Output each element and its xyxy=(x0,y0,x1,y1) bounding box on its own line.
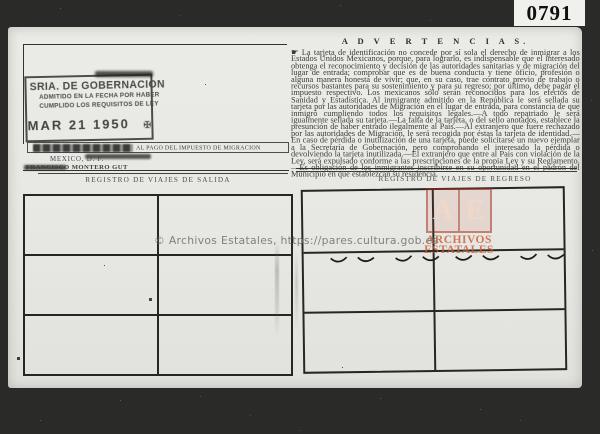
ae-logo-letter: A xyxy=(428,190,460,231)
advertencias-body: ☛ La tarjeta de identificación no conced… xyxy=(291,49,580,178)
stamp-date-row: MAR 21 1950 ✠ xyxy=(27,116,151,134)
divider-rule xyxy=(296,168,577,169)
migration-tax-text: AL PAGO DEL IMPUESTO DE MIGRACION xyxy=(136,144,261,151)
catalog-number-plate: 0791 xyxy=(514,0,585,26)
paper-dust-specks xyxy=(8,27,9,28)
archive-watermark-text: © Archivos Estatales, https://pares.cult… xyxy=(154,234,438,247)
divider-rule xyxy=(38,173,288,174)
table-column-divider xyxy=(157,196,159,374)
place-line: MEXICO, D. F. xyxy=(50,155,144,163)
faint-vertical-stamp xyxy=(295,251,298,331)
ink-smudge xyxy=(95,71,153,77)
gobernacion-admission-stamp: SRIA. DE GOBERNACION ADMITIDO EN LA FECH… xyxy=(24,74,153,143)
ae-logo-grid: A E xyxy=(426,188,492,233)
departures-table xyxy=(23,194,293,376)
divider-rule xyxy=(296,171,577,172)
left-table-header: REGISTRO DE VIAJES DE SALIDA xyxy=(68,176,248,184)
stamp-text-line: CUMPLIDO LOS REQUISITOS DE LEY xyxy=(39,100,138,109)
handwritten-check-mark xyxy=(394,254,413,264)
stamp-date: MAR 21 1950 xyxy=(28,116,131,133)
table-row-divider xyxy=(25,314,291,316)
table-row-divider xyxy=(25,254,291,256)
scanned-immigration-card: SRIA. DE GOBERNACION ADMITIDO EN LA FECH… xyxy=(8,27,582,388)
faint-vertical-stamp xyxy=(275,241,279,337)
stamp-cross-symbol: ✠ xyxy=(143,120,151,130)
handwritten-check-mark xyxy=(330,255,348,264)
handwritten-check-mark xyxy=(356,254,375,264)
migration-tax-strip: AL PAGO DEL IMPUESTO DE MIGRACION xyxy=(27,142,289,153)
right-table-header: REGISTRO DE VIAJES DE REGRESO xyxy=(365,175,545,183)
ink-smudge xyxy=(33,144,133,152)
advertencias-title: A D V E R T E N C I A S. xyxy=(291,36,580,46)
ae-logo-letter: E xyxy=(460,190,490,231)
scanner-background-noise xyxy=(0,0,1,1)
signature-rule xyxy=(23,170,289,171)
catalog-number: 0791 xyxy=(527,1,573,26)
handwritten-check-mark xyxy=(547,252,565,262)
handwritten-check-mark xyxy=(519,252,538,262)
